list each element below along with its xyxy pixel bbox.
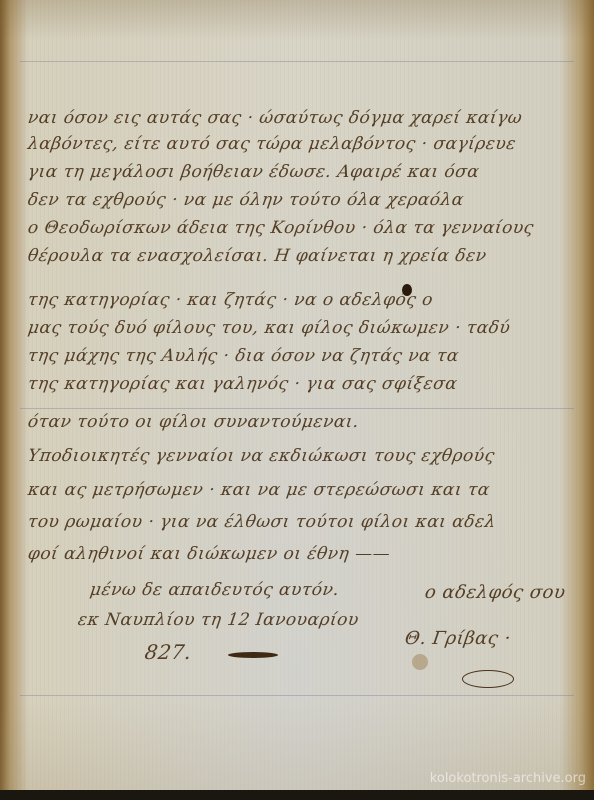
archive-watermark: kolokotronis-archive.org bbox=[430, 771, 586, 786]
text-line: μας τούς δυό φίλους του, και φίλος διώκω… bbox=[27, 318, 512, 338]
text-line: της μάχης της Αυλής · δια όσον να ζητάς … bbox=[27, 346, 461, 366]
manuscript-page: ναι όσον εις αυτάς σας · ώσαύτως δόγμα χ… bbox=[0, 0, 594, 790]
text-line: για τη μεγάλοσι βοήθειαν έδωσε. Αφαιρέ κ… bbox=[27, 162, 481, 182]
fold-line bbox=[20, 61, 574, 62]
closing-year: 827. bbox=[143, 640, 193, 664]
signature-flourish bbox=[462, 670, 514, 688]
closing-line: μένω δε απαιδευτός αυτόν. bbox=[89, 580, 341, 600]
text-line: ναι όσον εις αυτάς σας · ώσαύτως δόγμα χ… bbox=[27, 108, 524, 128]
fold-line bbox=[20, 408, 574, 409]
text-line: της κατηγορίας και γαληνός · για σας σφί… bbox=[27, 374, 459, 394]
text-line: όταν τούτο οι φίλοι συναντούμεναι. bbox=[27, 412, 361, 432]
paper-stain bbox=[412, 654, 428, 670]
closing-date: εκ Ναυπλίου τη 12 Ιανουαρίου bbox=[77, 610, 361, 630]
text-line: φοί αληθινοί και διώκωμεν οι έθνη —— bbox=[27, 544, 392, 564]
signature-salutation: ο αδελφός σου bbox=[424, 582, 567, 603]
text-line: και ας μετρήσωμεν · και να με στερεώσωσι… bbox=[27, 480, 492, 500]
text-line: Υποδιοικητές γενναίοι να εκδιώκωσι τους … bbox=[27, 446, 497, 466]
ink-dash bbox=[228, 652, 278, 658]
text-line: ο Θεοδωρίσκων άδεια της Κορίνθου · όλα τ… bbox=[27, 218, 536, 238]
fold-line bbox=[20, 695, 574, 696]
text-line: λαβόντες, είτε αυτό σας τώρα μελαβόντος … bbox=[27, 134, 518, 154]
signature-name: Θ. Γρίβας · bbox=[404, 628, 513, 649]
text-line: της κατηγορίας · και ζητάς · να ο αδελφό… bbox=[27, 290, 435, 310]
text-line: του ρωμαίου · για να έλθωσι τούτοι φίλοι… bbox=[27, 512, 498, 532]
ink-blot bbox=[402, 284, 412, 296]
text-line: δεν τα εχθρούς · να με όλην τούτο όλα χε… bbox=[27, 190, 466, 210]
text-line: θέρουλα τα ενασχολείσαι. Η φαίνεται η χρ… bbox=[27, 246, 488, 266]
